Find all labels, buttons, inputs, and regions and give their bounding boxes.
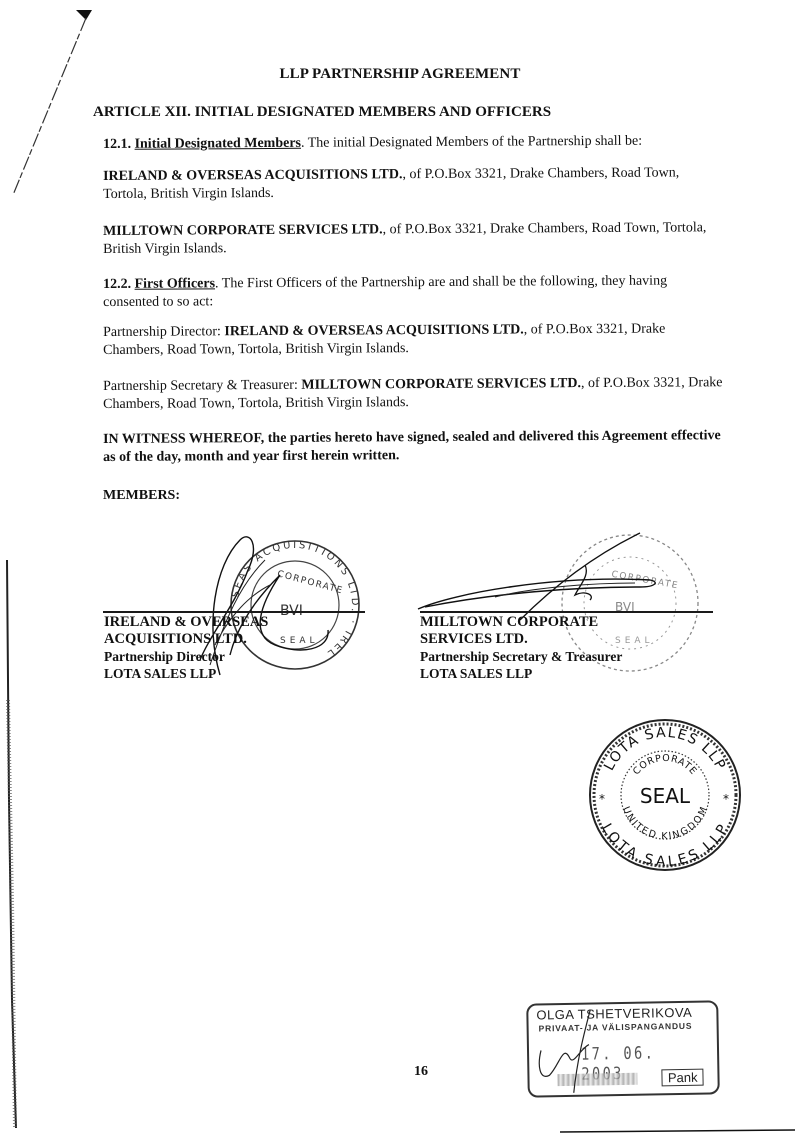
svg-text:UNITED KINGDOM: UNITED KINGDOM bbox=[620, 805, 710, 842]
svg-text:*: * bbox=[723, 792, 729, 806]
signature-block-2: MILLTOWN CORPORATE SERVICES LTD. Partner… bbox=[420, 614, 622, 682]
svg-text:CORPORATE: CORPORATE bbox=[611, 570, 680, 592]
signatory-role: Partnership Director bbox=[104, 648, 268, 665]
officer-role: Partnership Director: bbox=[103, 324, 224, 340]
svg-text:SEAL: SEAL bbox=[640, 784, 691, 808]
signatory-name-line1: MILLTOWN CORPORATE bbox=[420, 614, 622, 631]
section-12-2: 12.2. First Officers. The First Officers… bbox=[103, 272, 723, 312]
section-number: 12.1. bbox=[103, 137, 131, 152]
section-12-1: 12.1. Initial Designated Members. The in… bbox=[103, 132, 723, 154]
member-2: MILLTOWN CORPORATE SERVICES LTD., of P.O… bbox=[103, 219, 723, 259]
svg-text:LOTA SALES LLP: LOTA SALES LLP bbox=[601, 725, 729, 774]
section-text: . The initial Designated Members of the … bbox=[301, 134, 642, 151]
svg-text:*: * bbox=[599, 792, 605, 806]
section-heading: Initial Designated Members bbox=[135, 136, 302, 152]
signature-block-1: IRELAND & OVERSEAS ACQUISITIONS LTD. Par… bbox=[104, 614, 268, 682]
svg-text:LOTA SALES LLP: LOTA SALES LLP bbox=[598, 821, 732, 870]
member-name: MILLTOWN CORPORATE SERVICES LTD. bbox=[103, 222, 383, 239]
signatory-name-line2: ACQUISITIONS LTD. bbox=[104, 631, 268, 648]
officer-name: IRELAND & OVERSEAS ACQUISITIONS LTD. bbox=[224, 322, 523, 339]
signatory-entity: LOTA SALES LLP bbox=[104, 665, 268, 682]
svg-text:CORPORATE: CORPORATE bbox=[631, 753, 699, 777]
document-title: LLP PARTNERSHIP AGREEMENT bbox=[0, 66, 800, 83]
page-number: 16 bbox=[414, 1064, 428, 1080]
svg-text:CORPORATE: CORPORATE bbox=[276, 569, 344, 596]
officer-2: Partnership Secretary & Treasurer: MILLT… bbox=[103, 374, 723, 414]
signature-line bbox=[103, 611, 365, 613]
article-heading: ARTICLE XII. INITIAL DESIGNATED MEMBERS … bbox=[93, 104, 551, 121]
signatory-role: Partnership Secretary & Treasurer bbox=[420, 648, 622, 665]
members-label: MEMBERS: bbox=[103, 488, 180, 504]
stamp-signature bbox=[528, 1002, 718, 1095]
lota-sales-corporate-seal: LOTA SALES LLP LOTA SALES LLP CORPORATE … bbox=[585, 715, 745, 875]
officer-name: MILLTOWN CORPORATE SERVICES LTD. bbox=[301, 376, 581, 393]
officer-role: Partnership Secretary & Treasurer: bbox=[103, 378, 301, 394]
witness-clause: IN WITNESS WHEREOF, the parties hereto h… bbox=[103, 427, 723, 467]
member-1: IRELAND & OVERSEAS ACQUISITIONS LTD., of… bbox=[103, 164, 723, 204]
officer-1: Partnership Director: IRELAND & OVERSEAS… bbox=[103, 320, 723, 360]
signatory-entity: LOTA SALES LLP bbox=[420, 665, 622, 682]
signatory-name-line1: IRELAND & OVERSEAS bbox=[104, 614, 268, 631]
section-heading: First Officers bbox=[135, 276, 216, 291]
signature-line bbox=[420, 611, 713, 613]
section-number: 12.2. bbox=[103, 277, 131, 292]
member-name: IRELAND & OVERSEAS ACQUISITIONS LTD. bbox=[103, 167, 402, 184]
signatory-name-line2: SERVICES LTD. bbox=[420, 631, 622, 648]
svg-text:SEAL: SEAL bbox=[280, 636, 319, 646]
bank-notary-stamp: OLGA TSHETVERIKOVA PRIVAAT- JA VÄLISPANG… bbox=[526, 1000, 720, 1097]
